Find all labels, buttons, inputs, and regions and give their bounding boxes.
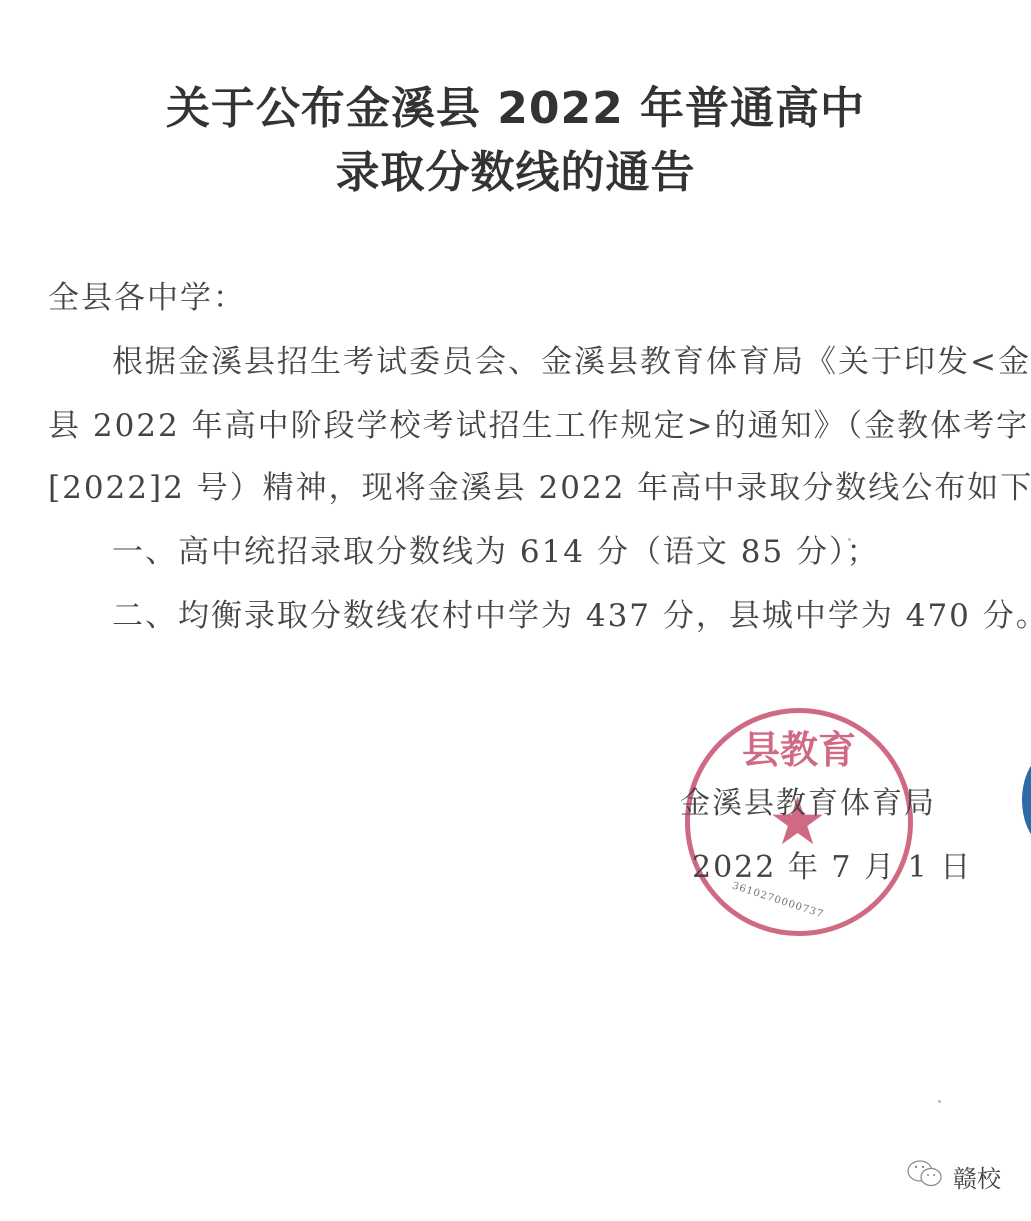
floating-side-button[interactable] — [1022, 752, 1031, 848]
watermark-label: 赣校 — [953, 1159, 1001, 1194]
salutation: 全县各中学： — [48, 272, 246, 317]
document-title-line-2: 录取分数线的通告 — [0, 136, 1031, 200]
signature-issuer: 金溪县教育体育局 — [680, 778, 936, 822]
item-unified-admission: 一、高中统招录取分数线为 614 分（语文 85 分）； — [112, 526, 880, 571]
signature-date: 2022 年 7 月 1 日 — [692, 842, 972, 886]
item-balanced-admission: 二、均衡录取分数线农村中学为 437 分，县城中学为 470 分。 — [112, 590, 1031, 635]
paragraph-line-1: 根据金溪县招生考试委员会、金溪县教育体育局《关于印发<金溪 — [112, 336, 1031, 381]
wechat-icon — [905, 1158, 945, 1194]
paragraph-line-3: [2022]2 号）精神，现将金溪县 2022 年高中录取分数线公布如下： — [48, 462, 1031, 507]
seal-arc-text: 县教育 — [690, 719, 908, 774]
paragraph-line-2: 县 2022 年高中阶段学校考试招生工作规定>的通知》（金教体考字 — [48, 400, 1029, 445]
document-title-line-1: 关于公布金溪县 2022 年普通高中 — [0, 72, 1031, 136]
watermark: 赣校 — [905, 1158, 1001, 1194]
seal-serial: 3610270000737 — [731, 880, 825, 920]
speck — [848, 538, 851, 541]
official-seal: 县教育 ★ 3610270000737 — [685, 708, 913, 936]
speck — [938, 1100, 941, 1103]
